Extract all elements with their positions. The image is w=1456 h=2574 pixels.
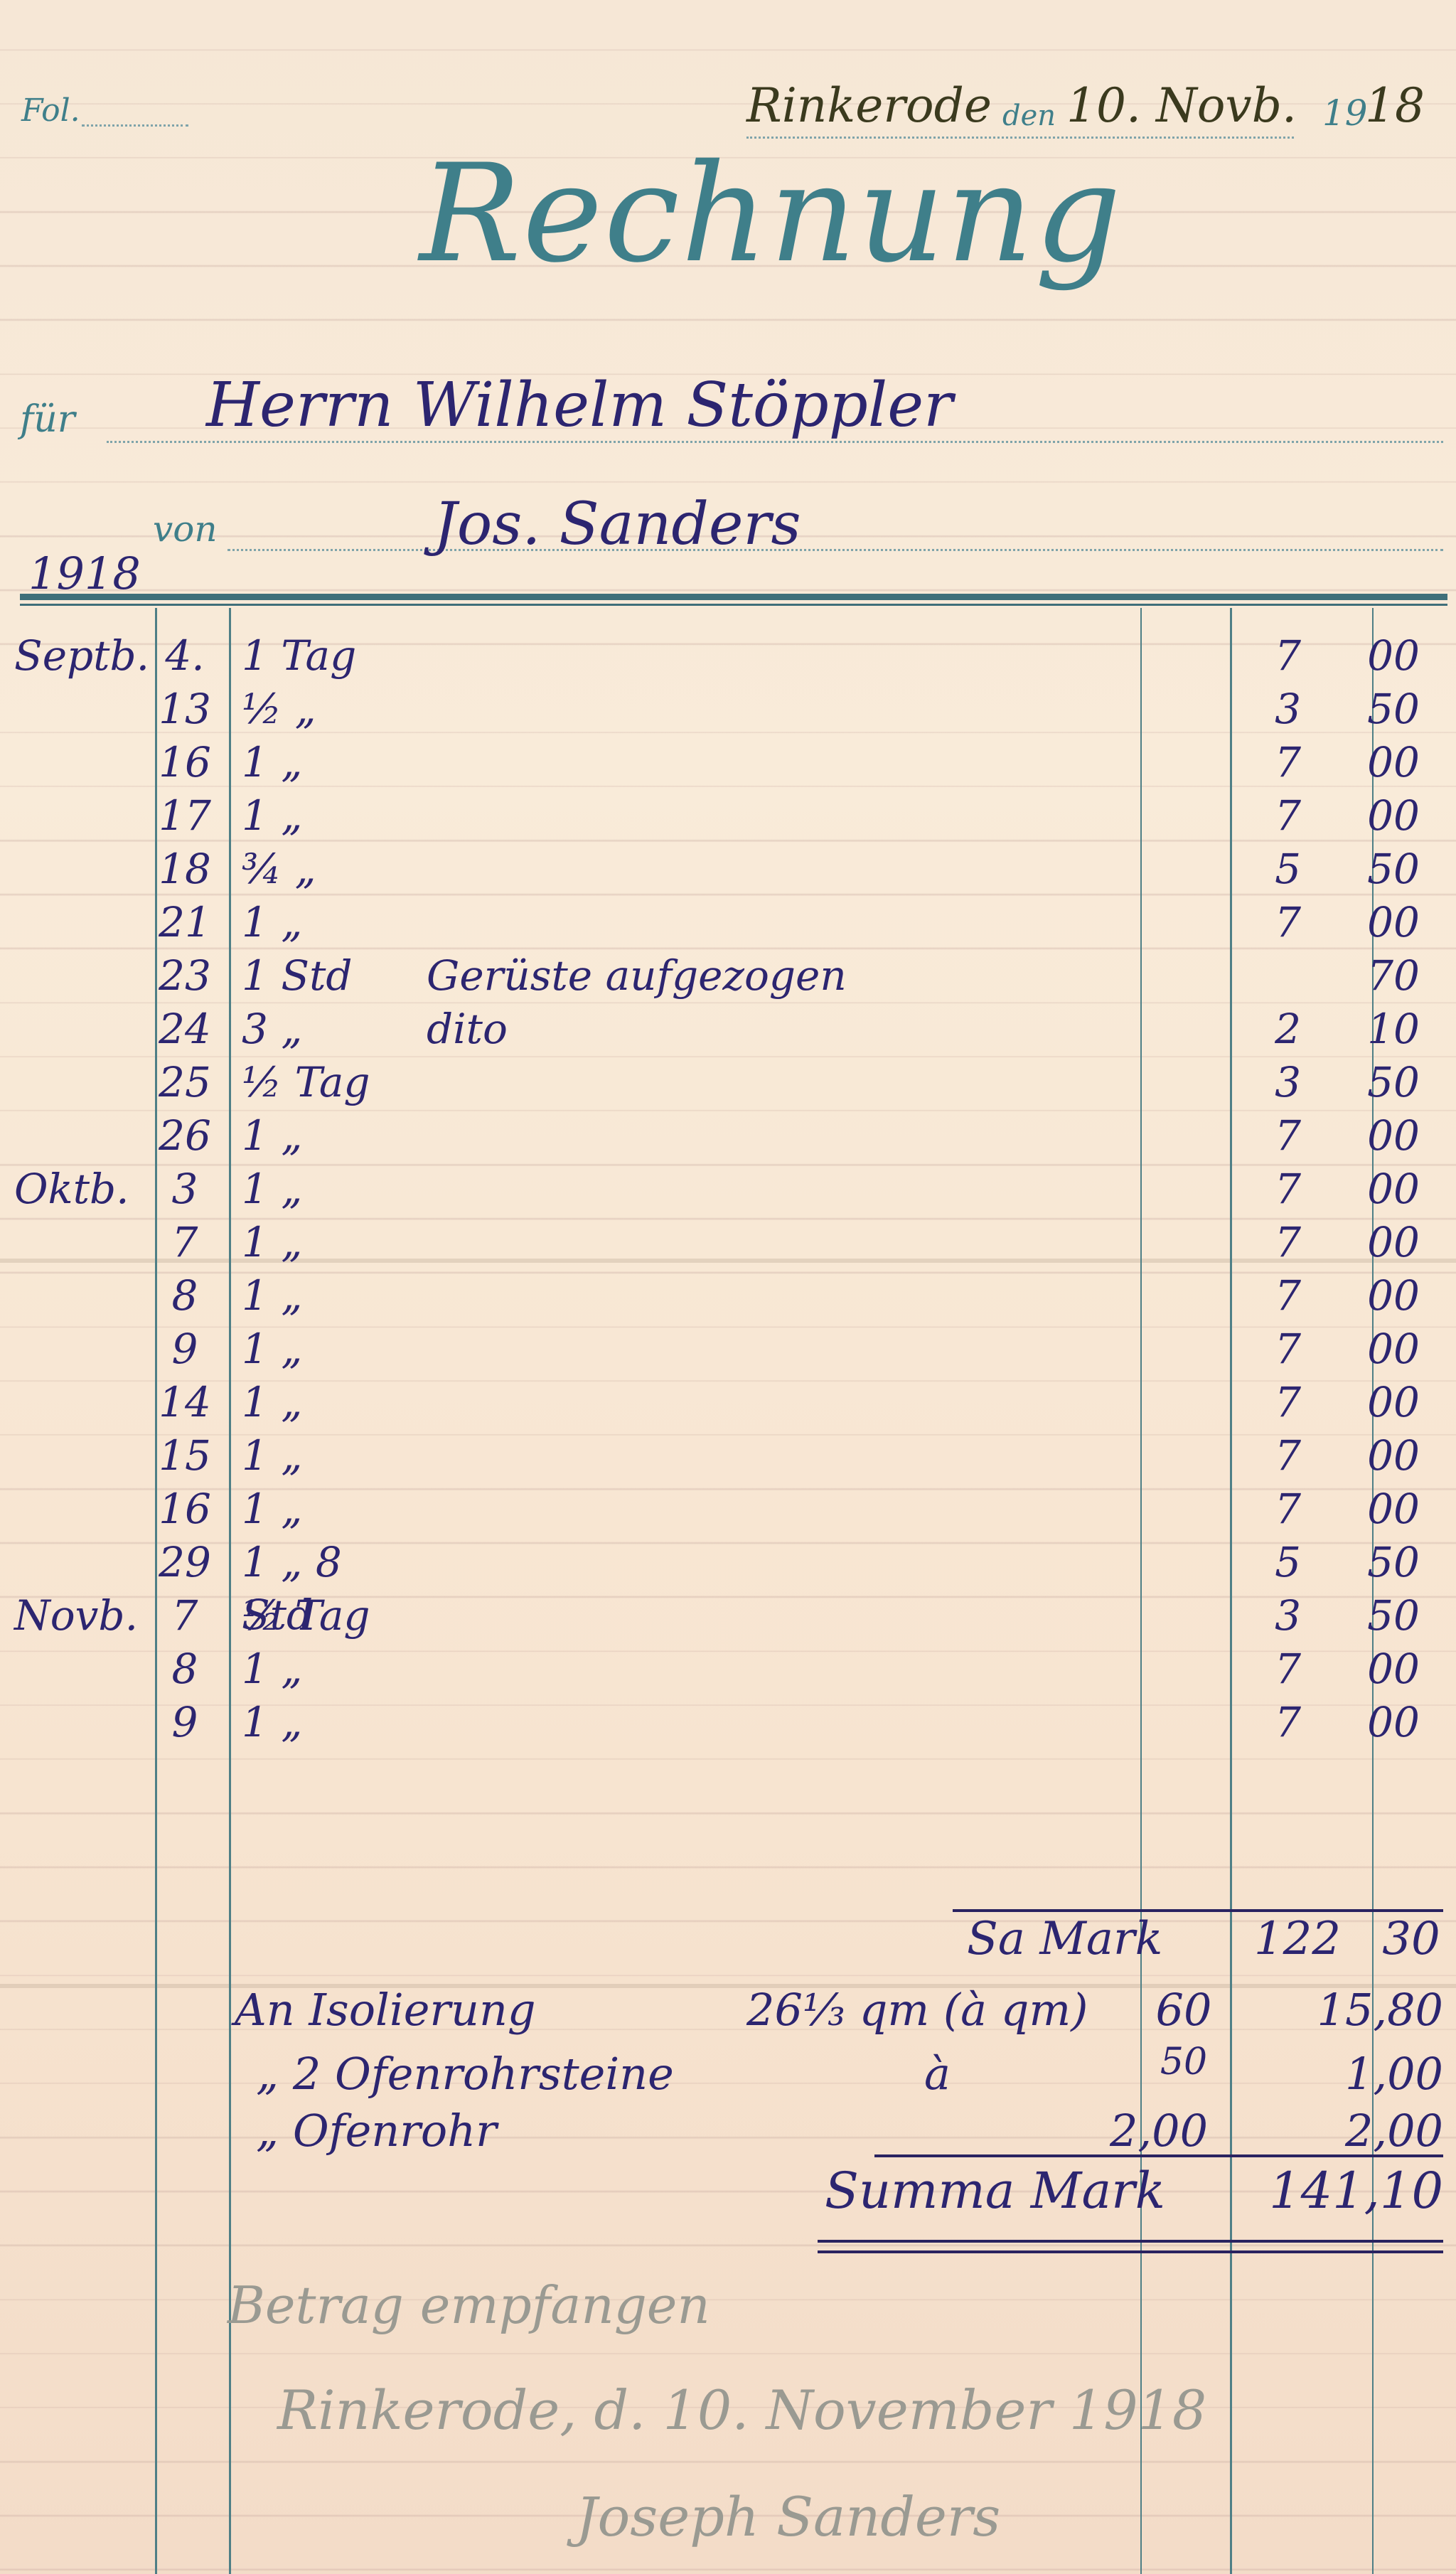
ledger-row: 21 1 „ 7 00 (0, 896, 1456, 949)
subtotal-rule (953, 1909, 1443, 1912)
entry-mark: 7 (1258, 1269, 1301, 1322)
recipient-line (107, 441, 1443, 443)
entry-day: 15 (146, 1429, 224, 1482)
entry-quantity: 1 „ (242, 1376, 384, 1428)
entry-day: 13 (146, 683, 224, 735)
ledger-row: 18 ¾ „ 5 50 (0, 843, 1456, 895)
entry-pfennig: 00 (1351, 1216, 1436, 1269)
fuer-label: für (20, 398, 75, 441)
entry-pfennig: 00 (1351, 1429, 1436, 1482)
entry-mark: 5 (1258, 1536, 1301, 1588)
entry-pfennig: 00 (1351, 1163, 1436, 1215)
entry-mark: 3 (1258, 1589, 1301, 1642)
entry-day: 14 (146, 1376, 224, 1428)
ledger-row: Novb. 7 ½ Tag 3 50 (0, 1589, 1456, 1642)
entry-mark: 7 (1258, 629, 1301, 682)
entry-day: 24 (146, 1003, 224, 1055)
year-prefix: 19 (1322, 92, 1368, 134)
entry-description: Gerüste aufgezogen (427, 949, 1066, 1002)
entry-day: 18 (146, 843, 224, 895)
entry-mark: 5 (1258, 843, 1301, 895)
header-rule-thin (20, 604, 1447, 606)
receipt-note: Betrag empfangen (227, 2275, 710, 2335)
ledger-row: 15 1 „ 7 00 (0, 1429, 1456, 1482)
ledger-row: 17 1 „ 7 00 (0, 789, 1456, 842)
entry-day: 3 (146, 1163, 224, 1215)
entry-mark: 7 (1258, 1696, 1301, 1748)
folio-label: Fol. (21, 92, 80, 129)
extra-amount: 1,00 (1251, 2048, 1443, 2100)
entry-day: 16 (146, 1483, 224, 1535)
ledger-row: 8 1 „ 7 00 (0, 1269, 1456, 1322)
entry-quantity: 1 „ (242, 789, 384, 842)
entry-pfennig: 00 (1351, 1376, 1436, 1428)
total-double-rule (818, 2250, 1443, 2253)
invoice-date: 10. Novb. (1066, 78, 1297, 133)
ledger-row: 29 1 „ 8 Std 5 50 (0, 1536, 1456, 1588)
total-rule (874, 2154, 1443, 2157)
entry-quantity: 1 „ (242, 1109, 384, 1162)
entry-pfennig: 00 (1351, 1483, 1436, 1535)
entry-mark: 7 (1258, 1216, 1301, 1269)
entry-day: 21 (146, 896, 224, 949)
entry-quantity: 1 Tag (242, 629, 384, 682)
entry-mark: 7 (1258, 1643, 1301, 1695)
paper-fold (0, 1984, 1456, 1988)
subtotal-mark: 122 (1233, 1913, 1361, 1965)
entry-mark: 7 (1258, 1109, 1301, 1162)
entry-month: Novb. (14, 1589, 156, 1642)
extra-description: „ Ofenrohr (256, 2105, 497, 2157)
entry-pfennig: 50 (1351, 1536, 1436, 1588)
entry-mark: 7 (1258, 1483, 1301, 1535)
ledger-row: 9 1 „ 7 00 (0, 1323, 1456, 1375)
entry-pfennig: 00 (1351, 1643, 1436, 1695)
sender-line (227, 549, 1443, 551)
entry-pfennig: 00 (1351, 789, 1436, 842)
header-rule (20, 594, 1447, 600)
ledger-row: 26 1 „ 7 00 (0, 1109, 1456, 1162)
ledger-year: 1918 (28, 548, 141, 599)
entry-quantity: 1 „ (242, 1483, 384, 1535)
entry-month: Septb. (14, 629, 156, 682)
entry-quantity: 1 „ (242, 1696, 384, 1748)
receipt-signature: Joseph Sanders (576, 2485, 1000, 2548)
ledger-row: Oktb. 3 1 „ 7 00 (0, 1163, 1456, 1215)
entry-mark: 3 (1258, 1056, 1301, 1109)
ledger-row: 14 1 „ 7 00 (0, 1376, 1456, 1428)
extra-rate: 2,00 (1095, 2105, 1223, 2157)
entry-pfennig: 70 (1351, 949, 1436, 1002)
entry-mark: 7 (1258, 1163, 1301, 1215)
entry-pfennig: 00 (1351, 1696, 1436, 1748)
extra-calculation: 26⅓ qm (à qm) (746, 1984, 1088, 2036)
ledger-row: 8 1 „ 7 00 (0, 1643, 1456, 1695)
entry-pfennig: 00 (1351, 736, 1436, 789)
entry-pfennig: 50 (1351, 843, 1436, 895)
entry-day: 23 (146, 949, 224, 1002)
entry-month: Oktb. (14, 1163, 156, 1215)
subtotal-label: Sa Mark (967, 1913, 1162, 1965)
ledger-row: 9 1 „ 7 00 (0, 1696, 1456, 1748)
ledger-row: 16 1 „ 7 00 (0, 1483, 1456, 1535)
entry-day: 7 (146, 1589, 224, 1642)
entry-quantity: 1 „ (242, 1643, 384, 1695)
extra-amount: 15,80 (1251, 1984, 1443, 2036)
entry-mark: 7 (1258, 1376, 1301, 1428)
entry-quantity: ½ Tag (242, 1589, 384, 1642)
entry-quantity: 1 „ (242, 1323, 384, 1375)
entry-quantity: 1 Std (242, 949, 384, 1002)
recipient-name: Herrn Wilhelm Stöppler (206, 370, 953, 441)
receipt-place-date: Rinkerode, d. 10. November 1918 (277, 2378, 1206, 2442)
total-double-rule (818, 2240, 1443, 2243)
extra-rate: 50 (1145, 2041, 1223, 2083)
ledger-row: 24 3 „ dito 2 10 (0, 1003, 1456, 1055)
entry-quantity: 1 „ (242, 736, 384, 789)
entry-day: 9 (146, 1696, 224, 1748)
extra-amount: 2,00 (1251, 2105, 1443, 2157)
entry-description: dito (427, 1003, 1066, 1055)
entry-quantity: 1 „ (242, 1216, 384, 1269)
entry-pfennig: 10 (1351, 1003, 1436, 1055)
entry-mark: 3 (1258, 683, 1301, 735)
entry-day: 8 (146, 1269, 224, 1322)
entry-quantity: 1 „ (242, 1269, 384, 1322)
entry-mark: 2 (1258, 1003, 1301, 1055)
extra-rate: 60 (1145, 1984, 1223, 2036)
entry-quantity: 1 „ (242, 1429, 384, 1482)
entry-day: 9 (146, 1323, 224, 1375)
place-name: Rinkerode (746, 78, 992, 133)
total-amount: 141,10 (1251, 2162, 1443, 2220)
entry-mark: 7 (1258, 896, 1301, 949)
entry-mark: 7 (1258, 736, 1301, 789)
entry-quantity: ½ Tag (242, 1056, 384, 1109)
extra-description: „ 2 Ofenrohrsteine (256, 2048, 674, 2100)
entry-pfennig: 00 (1351, 1109, 1436, 1162)
sender-name: Jos. Sanders (434, 491, 801, 558)
entry-day: 7 (146, 1216, 224, 1269)
entry-day: 26 (146, 1109, 224, 1162)
entry-quantity: 1 „ (242, 896, 384, 949)
year-suffix: 18 (1365, 78, 1425, 133)
total-label: Summa Mark (825, 2162, 1165, 2220)
entry-day: 29 (146, 1536, 224, 1588)
entry-pfennig: 00 (1351, 1323, 1436, 1375)
ledger-row: 7 1 „ 7 00 (0, 1216, 1456, 1269)
folio-line (82, 124, 188, 127)
entry-day: 16 (146, 736, 224, 789)
entry-pfennig: 00 (1351, 629, 1436, 682)
extra-description: An Isolierung (235, 1984, 536, 2036)
entry-quantity: 1 „ (242, 1163, 384, 1215)
entry-quantity: 3 „ (242, 1003, 384, 1055)
entry-mark: 7 (1258, 789, 1301, 842)
entry-quantity: ½ „ (242, 683, 384, 735)
date-label: den (1002, 100, 1056, 132)
entry-day: 8 (146, 1643, 224, 1695)
entry-day: 4. (146, 629, 224, 682)
ledger-row: 25 ½ Tag 3 50 (0, 1056, 1456, 1109)
entry-day: 25 (146, 1056, 224, 1109)
entry-pfennig: 50 (1351, 1056, 1436, 1109)
ledger-row: 16 1 „ 7 00 (0, 736, 1456, 789)
entry-pfennig: 50 (1351, 683, 1436, 735)
extra-calculation: à (924, 2048, 951, 2100)
entry-day: 17 (146, 789, 224, 842)
ledger-row: Septb. 4. 1 Tag 7 00 (0, 629, 1456, 682)
entry-mark: 7 (1258, 1323, 1301, 1375)
entry-pfennig: 00 (1351, 896, 1436, 949)
entry-pfennig: 00 (1351, 1269, 1436, 1322)
entry-mark: 7 (1258, 1429, 1301, 1482)
von-label: von (153, 508, 218, 550)
entry-pfennig: 50 (1351, 1589, 1436, 1642)
document-title: Rechnung (419, 135, 1123, 292)
entry-quantity: ¾ „ (242, 843, 384, 895)
subtotal-pfennig: 30 (1376, 1913, 1447, 1965)
ledger-row: 13 ½ „ 3 50 (0, 683, 1456, 735)
ledger-row: 23 1 Std Gerüste aufgezogen 70 (0, 949, 1456, 1002)
